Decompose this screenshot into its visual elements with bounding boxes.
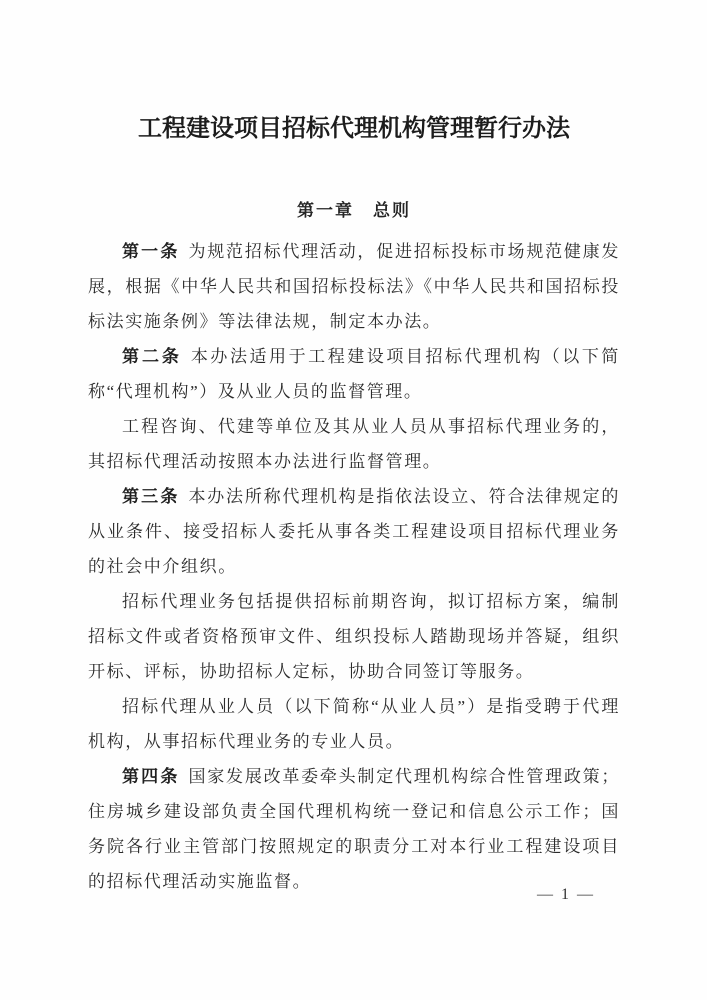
document-body: 第一条为规范招标代理活动，促进招标投标市场规范健康发展，根据《中华人民共和国招标… (88, 234, 620, 899)
article-number: 第二条 (122, 347, 182, 366)
paragraph: 招标代理业务包括提供招标前期咨询，拟订招标方案，编制招标文件或者资格预审文件、组… (88, 584, 620, 689)
paragraph: 工程咨询、代建等单位及其从业人员从事招标代理业务的，其招标代理活动按照本办法进行… (88, 409, 620, 479)
article-number: 第一条 (122, 242, 180, 261)
paragraph: 第三条本办法所称代理机构是指依法设立、符合法律规定的从业条件、接受招标人委托从事… (88, 479, 620, 584)
paragraph: 招标代理从业人员（以下简称“从业人员”）是指受聘于代理机构，从事招标代理业务的专… (88, 689, 620, 759)
chapter-heading: 第一章 总则 (88, 198, 620, 224)
paragraph: 第二条本办法适用于工程建设项目招标代理机构（以下简称“代理机构”）及从业人员的监… (88, 339, 620, 409)
page-number: — 1 — (537, 886, 595, 904)
article-number: 第三条 (122, 487, 180, 506)
document-page: 工程建设项目招标代理机构管理暂行办法 第一章 总则 第一条为规范招标代理活动，促… (0, 0, 707, 1000)
article-number: 第四条 (122, 767, 180, 786)
document-title: 工程建设项目招标代理机构管理暂行办法 (88, 110, 620, 148)
paragraph: 第一条为规范招标代理活动，促进招标投标市场规范健康发展，根据《中华人民共和国招标… (88, 234, 620, 339)
paragraph: 第四条国家发展改革委牵头制定代理机构综合性管理政策；住房城乡建设部负责全国代理机… (88, 759, 620, 899)
